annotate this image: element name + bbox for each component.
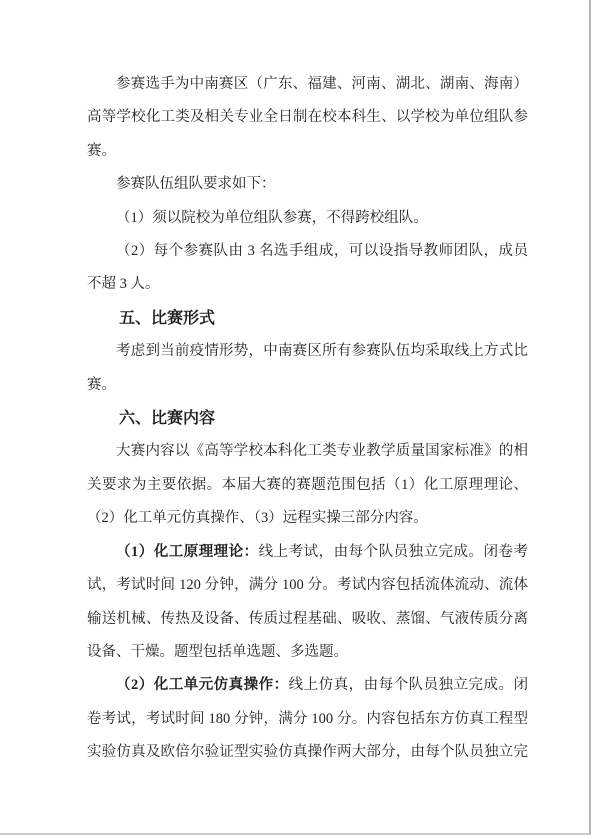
- document-page: 参赛选手为中南赛区（广东、福建、河南、湖北、湖南、海南）高等学校化工类及相关专业…: [0, 0, 591, 835]
- section-heading: 五、比赛形式: [87, 302, 528, 335]
- text-line: 赛。: [87, 369, 528, 402]
- bold-text-run: 五、比赛形式: [119, 310, 215, 327]
- text-line: （1）须以院校为单位组队参赛，不得跨校组队。: [87, 202, 528, 235]
- text-run: 赛。: [87, 377, 116, 393]
- text-line: （1）化工原理理论：线上考试，由每个队员独立完成。闭卷考: [87, 536, 528, 569]
- text-line: 高等学校化工类及相关专业全日制在校本科生、以学校为单位组队参: [87, 101, 528, 134]
- text-run: 卷考试，考试时间 180 分钟，满分 100 分。内容包括东方仿真工程型: [87, 711, 528, 727]
- text-run: （2）化工单元仿真操作、（3）远程实操三部分内容。: [87, 510, 428, 526]
- text-run: （1）须以院校为单位组队参赛，不得跨校组队。: [116, 210, 428, 226]
- text-line: 关要求为主要依据。本届大赛的赛题范围包括（1）化工原理理论、: [87, 469, 528, 502]
- text-line: 大赛内容以《高等学校本科化工类专业教学质量国家标准》的相: [87, 435, 528, 468]
- text-line: 赛。: [87, 135, 528, 168]
- text-line: （2）化工单元仿真操作：线上仿真，由每个队员独立完成。闭: [87, 669, 528, 702]
- section-heading: 六、比赛内容: [87, 402, 528, 435]
- text-run: 考虑到当前疫情形势，中南赛区所有参赛队伍均采取线上方式比: [116, 343, 528, 359]
- bold-text-run: （2）化工单元仿真操作：: [116, 677, 289, 693]
- text-line: 考虑到当前疫情形势，中南赛区所有参赛队伍均采取线上方式比: [87, 335, 528, 368]
- text-run: 线上考试，由每个队员独立完成。闭卷考: [259, 544, 528, 560]
- text-run: 高等学校化工类及相关专业全日制在校本科生、以学校为单位组队参: [87, 109, 528, 125]
- text-line: 参赛选手为中南赛区（广东、福建、河南、湖北、湖南、海南）: [87, 68, 528, 101]
- text-run: （2）每个参赛队由 3 名选手组成，可以设指导教师团队，成员: [116, 243, 528, 259]
- bold-text-run: 六、比赛内容: [119, 410, 215, 427]
- text-run: 参赛选手为中南赛区（广东、福建、河南、湖北、湖南、海南）: [116, 76, 528, 92]
- text-run: 大赛内容以《高等学校本科化工类专业教学质量国家标准》的相: [116, 443, 528, 459]
- text-run: 试，考试时间 120 分钟，满分 100 分。考试内容包括流体流动、流体: [87, 577, 528, 593]
- text-line: （2）每个参赛队由 3 名选手组成，可以设指导教师团队，成员: [87, 235, 528, 268]
- text-line: （2）化工单元仿真操作、（3）远程实操三部分内容。: [87, 502, 528, 535]
- text-line: 试，考试时间 120 分钟，满分 100 分。考试内容包括流体流动、流体: [87, 569, 528, 602]
- text-run: 输送机械、传热及设备、传质过程基础、吸收、蒸馏、气液传质分离: [87, 611, 528, 627]
- text-line: 参赛队伍组队要求如下：: [87, 168, 528, 201]
- text-run: 参赛队伍组队要求如下：: [116, 176, 276, 192]
- text-run: 设备、干燥。题型包括单选题、多选题。: [87, 644, 348, 660]
- text-line: 卷考试，考试时间 180 分钟，满分 100 分。内容包括东方仿真工程型: [87, 703, 528, 736]
- text-line: 实验仿真及欧倍尔验证型实验仿真操作两大部分，由每个队员独立完: [87, 736, 528, 769]
- text-line: 不超 3 人。: [87, 268, 528, 301]
- text-run: 赛。: [87, 143, 116, 159]
- text-run: 关要求为主要依据。本届大赛的赛题范围包括（1）化工原理理论、: [87, 477, 528, 493]
- text-run: 线上仿真，由每个队员独立完成。闭: [289, 677, 528, 693]
- document-body: 参赛选手为中南赛区（广东、福建、河南、湖北、湖南、海南）高等学校化工类及相关专业…: [87, 68, 528, 770]
- text-line: 设备、干燥。题型包括单选题、多选题。: [87, 636, 528, 669]
- text-run: 不超 3 人。: [87, 276, 160, 292]
- text-line: 输送机械、传热及设备、传质过程基础、吸收、蒸馏、气液传质分离: [87, 603, 528, 636]
- text-run: 实验仿真及欧倍尔验证型实验仿真操作两大部分，由每个队员独立完: [87, 744, 528, 760]
- bold-text-run: （1）化工原理理论：: [116, 544, 259, 560]
